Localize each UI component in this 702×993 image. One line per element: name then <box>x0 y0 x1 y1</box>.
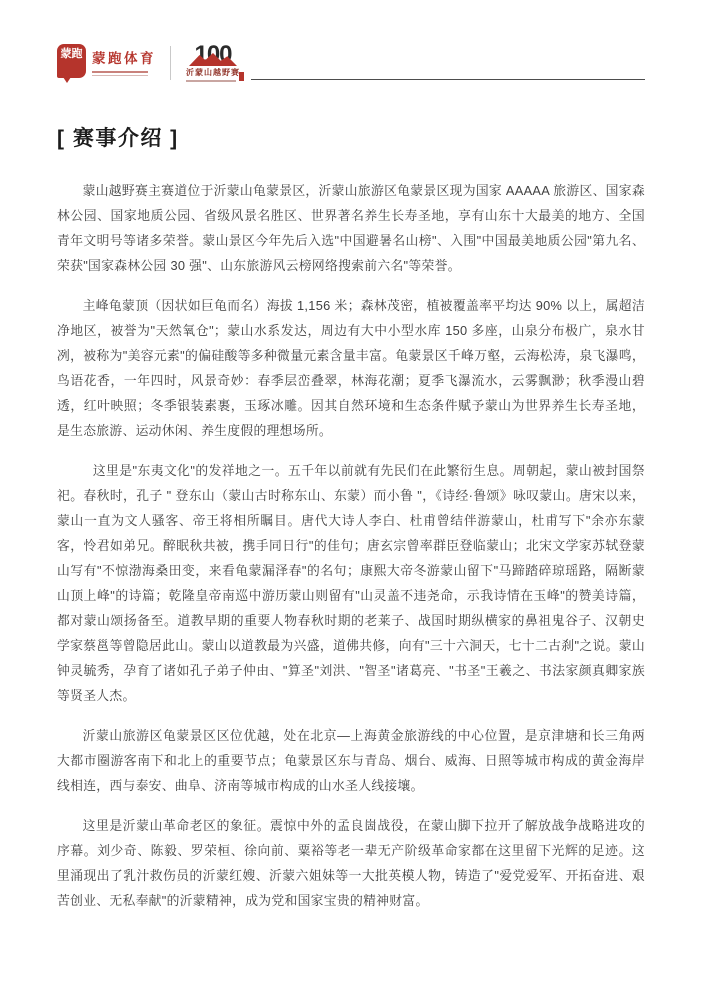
header-rule <box>251 79 645 80</box>
paragraph-overview: 蒙山越野赛主赛道位于沂蒙山龟蒙景区，沂蒙山旅游区龟蒙景区现为国家 AAAAA 旅… <box>57 178 645 278</box>
mengpao-tagline-line <box>92 75 148 76</box>
paragraph-location: 沂蒙山旅游区龟蒙景区区位优越，处在北京—上海黄金旅游线的中心位置，是京津塘和长三… <box>57 723 645 798</box>
race-100-logo: 100 沂蒙山越野赛 <box>185 44 241 82</box>
mengpao-tagline-line <box>92 71 148 73</box>
mengpao-sports-logo: 蒙跑 蒙跑体育 <box>57 44 156 78</box>
mengpao-seal-text: 蒙跑 <box>61 48 83 60</box>
race-logo-name: 沂蒙山越野赛 <box>185 67 241 78</box>
document-page: 蒙跑 蒙跑体育 100 沂蒙山越野赛 [ 赛事介绍 ] 蒙山越野赛主赛道位于沂蒙… <box>0 0 702 993</box>
paragraph-nature: 主峰龟蒙顶（因状如巨龟而名）海拔 1,156 米；森林茂密，植被覆盖率平均达 9… <box>57 293 645 443</box>
page-header: 蒙跑 蒙跑体育 100 沂蒙山越野赛 <box>57 0 645 92</box>
logo-divider <box>170 46 171 80</box>
race-logo-stamp-icon <box>239 72 244 81</box>
paragraph-culture: 这里是"东夷文化"的发祥地之一。五千年以前就有先民们在此繁衍生息。周朝起，蒙山被… <box>57 458 645 708</box>
paragraph-revolution: 这里是沂蒙山革命老区的象征。震惊中外的孟良崮战役，在蒙山脚下拉开了解放战争战略进… <box>57 813 645 913</box>
event-introduction-body: 蒙山越野赛主赛道位于沂蒙山龟蒙景区，沂蒙山旅游区龟蒙景区现为国家 AAAAA 旅… <box>57 178 645 913</box>
mengpao-logo-name: 蒙跑体育 <box>92 47 156 67</box>
race-logo-subline <box>186 80 236 82</box>
page-title: [ 赛事介绍 ] <box>57 122 645 152</box>
mengpao-seal-icon: 蒙跑 <box>57 44 86 78</box>
mengpao-logo-text: 蒙跑体育 <box>92 44 156 76</box>
